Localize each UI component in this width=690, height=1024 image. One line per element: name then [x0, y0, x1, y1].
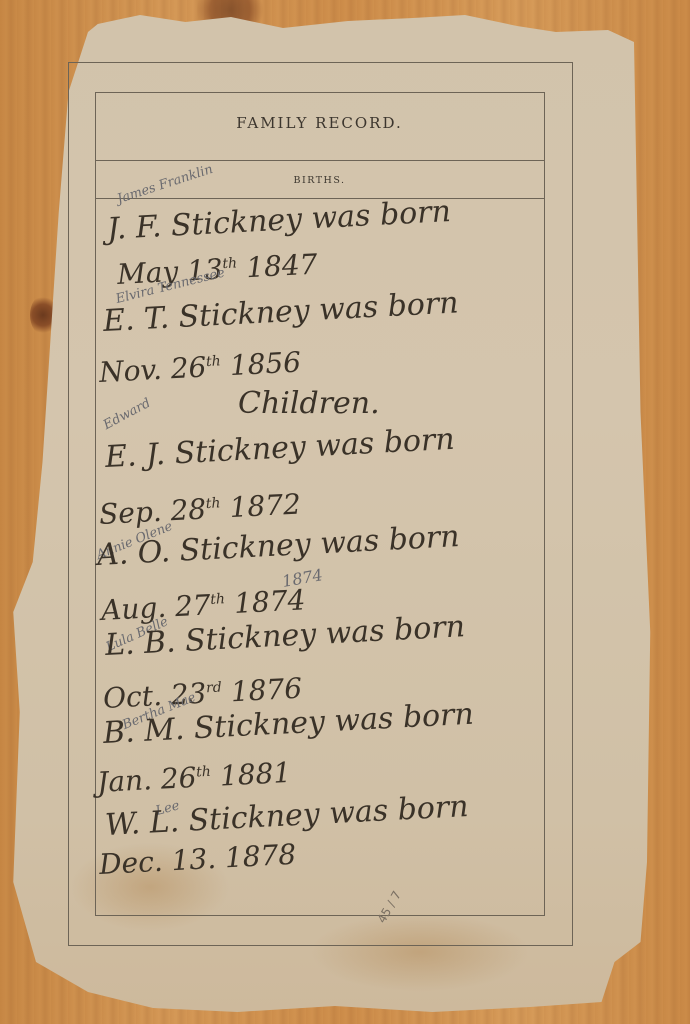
entry-year: 1874: [233, 583, 306, 620]
entry-date: Jan. 26: [96, 761, 197, 799]
entry-date: Nov. 26: [98, 350, 207, 389]
date-suffix: rd: [206, 679, 222, 696]
births-divider: [95, 198, 544, 199]
entry-initials: E. J.: [104, 437, 166, 475]
entry-year: 1847: [245, 248, 318, 285]
date-suffix: th: [205, 495, 220, 512]
entry-initials: B. M.: [102, 712, 185, 751]
entry-year: 1878: [224, 838, 297, 875]
entry-year: 1856: [229, 345, 302, 382]
entry-date: Dec. 13.: [98, 842, 217, 881]
date-suffix: th: [196, 764, 211, 781]
entry-initials: L. B.: [104, 624, 176, 663]
entry-initials: W. L.: [104, 804, 180, 843]
page-title: FAMILY RECORD.: [95, 114, 544, 132]
entry-year: 1872: [229, 487, 302, 524]
date-suffix: th: [210, 591, 225, 608]
entry-initials: E. T.: [102, 301, 170, 339]
date-suffix: [215, 846, 216, 862]
entry-initials: J. F.: [106, 209, 162, 247]
date-suffix: th: [206, 353, 221, 370]
entry-year: 1881: [219, 756, 292, 793]
entry-year: 1876: [230, 672, 303, 709]
children-heading: Children.: [238, 386, 380, 421]
entry-initials: A. O.: [96, 534, 171, 573]
header-divider: [95, 160, 544, 161]
